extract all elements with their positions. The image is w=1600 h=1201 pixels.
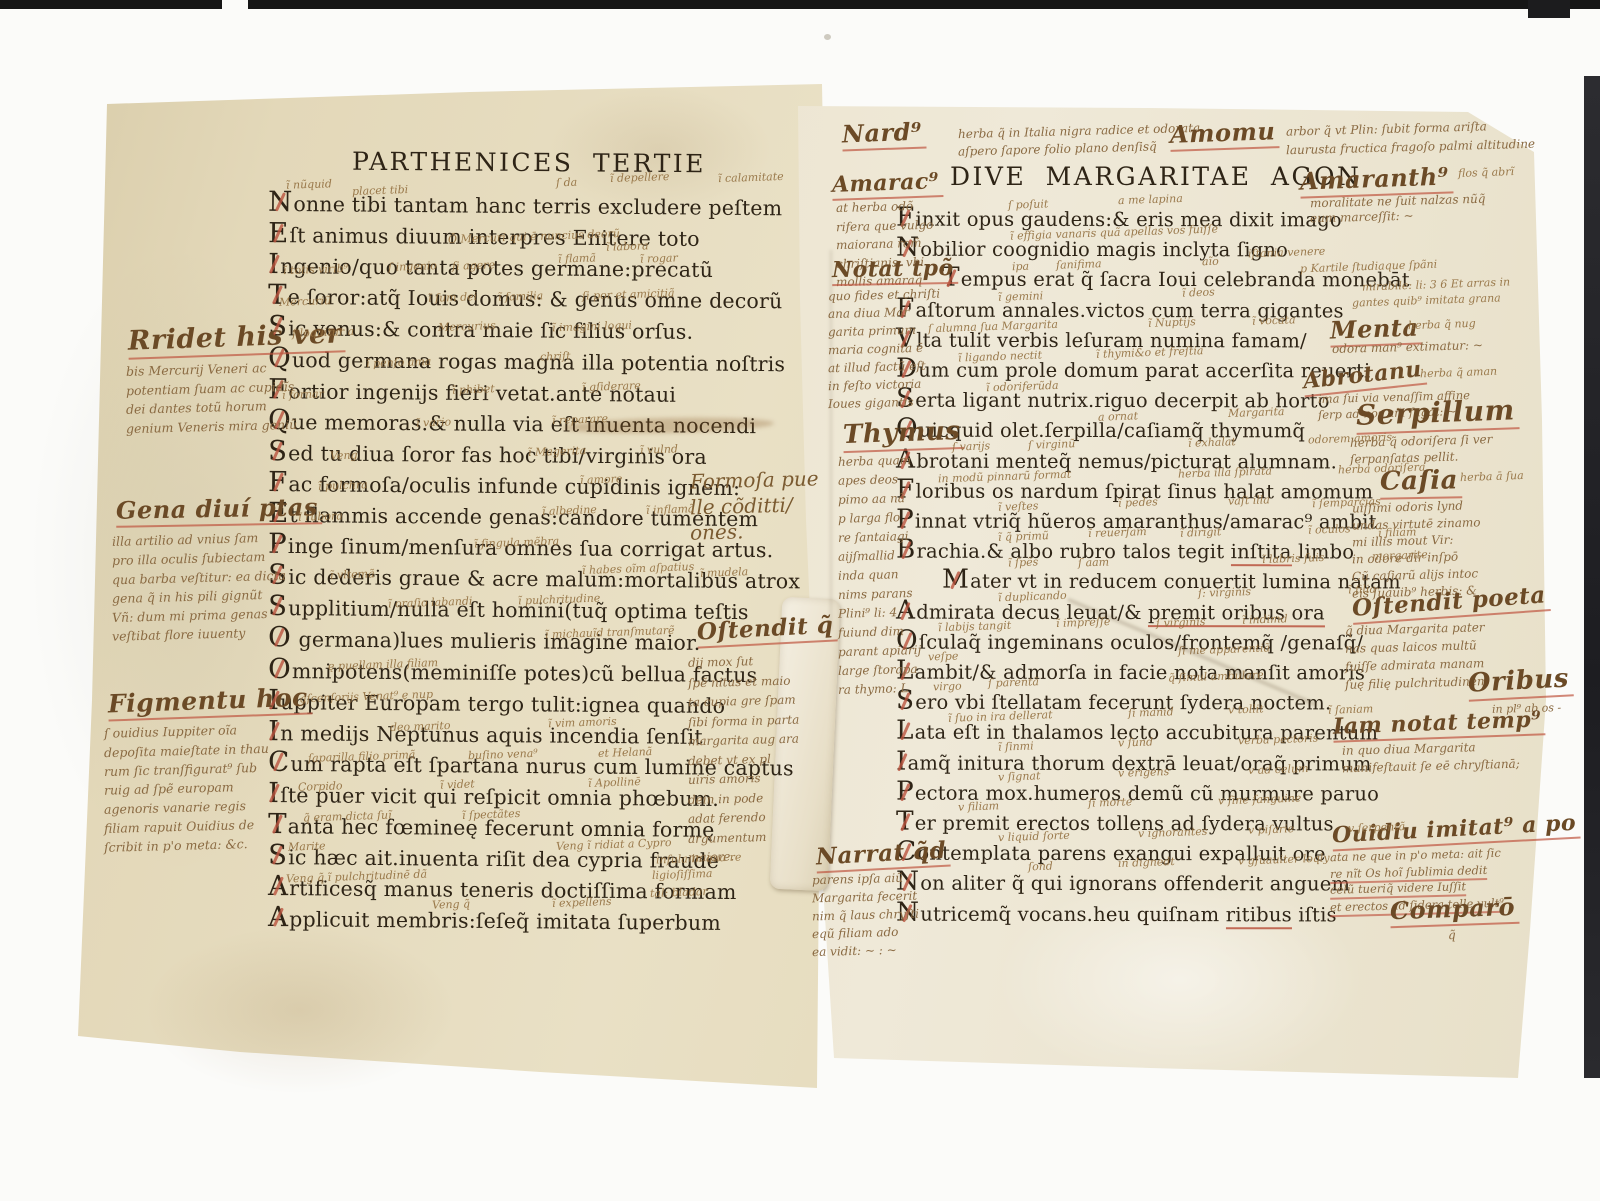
interlinear-gloss: ĩ albedine — [542, 503, 597, 518]
rubricated-initial: O — [268, 658, 291, 678]
margin-note-line: Ioues gigantis — [828, 395, 914, 411]
margin-note-header: Amomu — [1169, 116, 1279, 152]
rubricated-initial: S — [268, 845, 287, 865]
rubricated-initial: I — [268, 783, 279, 803]
interlinear-gloss: ĩ duplicando — [998, 589, 1067, 604]
margin-note-line: p larga flo — [838, 510, 900, 526]
verse-line: Nonne tibi tantam hanc terris excludere … — [268, 192, 783, 220]
margin-note-header: Gena diuí ptas — [116, 492, 322, 528]
margin-note-header: Serpillum — [1355, 393, 1519, 435]
interlinear-gloss: ĩ indimd — [1242, 612, 1288, 627]
interlinear-gloss: ĩ labijs tangit — [938, 619, 1012, 635]
scanner-edge-gap — [222, 0, 248, 9]
margin-note-line: apes deos — [838, 472, 898, 488]
verse-line: Applicuit membris:ſeſeq̃ imitata ſuperbu… — [268, 907, 721, 935]
margin-note-header: Oribus — [1467, 663, 1574, 701]
incunable-spread-scan: PARTHENICES TERTIE DIVE MARGARITAE AGON … — [0, 0, 1600, 1201]
interlinear-gloss: ĩ Apollinē — [588, 775, 641, 790]
margin-note-header: Notat tpõ — [832, 255, 958, 286]
interlinear-gloss: deo marito — [390, 719, 451, 734]
margin-note-line: Margarita fecerit — [812, 889, 917, 906]
interlinear-gloss: ĩ gemini — [998, 289, 1044, 304]
margin-note-line: large ſtorapa — [838, 662, 918, 678]
rubricated-initial: S — [268, 441, 287, 461]
margin-note-header: Comparō — [1389, 892, 1519, 928]
margin-note-line: ea vidit: ~ : ~ — [812, 943, 897, 959]
interlinear-gloss: ſ loquitur a — [292, 325, 355, 340]
verse-line: In medijs Neptunus aquis incendia ſenſit — [268, 721, 703, 749]
interlinear-gloss: ĩ Magerita — [528, 444, 587, 459]
margin-note-line: quo fides et chriſti — [828, 287, 940, 304]
margin-note-line: pimo aa nã — [838, 491, 905, 507]
margin-note-line: aijſmallid — [838, 548, 895, 563]
interlinear-gloss: ĩ ſum dei — [428, 290, 478, 305]
interlinear-gloss: ĩ impreſſe — [1056, 615, 1111, 630]
rubricated-initial: A — [268, 907, 288, 927]
margin-note-line: parant apiarij — [838, 643, 922, 659]
interlinear-gloss: v filiam — [958, 799, 1000, 813]
rubricated-initial: E — [268, 223, 289, 243]
interlinear-gloss: ligioſiſſima — [652, 867, 713, 882]
interlinear-gloss: ĩ vltemã — [330, 567, 375, 582]
interlinear-gloss: placet tibi — [352, 183, 409, 198]
margin-note-line: eum marceſſit: ~ — [1310, 209, 1414, 226]
rubricated-initial: M — [942, 571, 969, 590]
verse-line: Nutricemq̃ vocans.heu quiſnam ritibus iſ… — [896, 902, 1337, 926]
rubricated-initial: I — [896, 752, 907, 771]
interlinear-gloss: ſ parentã — [988, 675, 1039, 690]
verse-line: Supplitium/nulla eſt homini(tuq̃ optima … — [268, 596, 749, 624]
margin-note-line: rifera que vulgo — [836, 217, 934, 234]
interlinear-gloss: chriſt — [540, 349, 571, 363]
rubricated-initial: C — [268, 752, 290, 772]
interlinear-gloss: Marite — [288, 839, 326, 853]
interlinear-gloss: vaſt illa — [1228, 493, 1270, 507]
margin-note-header: Nard⁹ — [841, 117, 926, 152]
margin-note-line: dij mox ſut — [688, 654, 754, 670]
margin-note-line: adat ferendo — [688, 810, 766, 826]
interlinear-gloss: ĩ pulchra — [318, 478, 368, 493]
interlinear-gloss: Veng — [330, 449, 358, 463]
interlinear-gloss: a me lapina — [1118, 192, 1183, 207]
rubricated-initial: O — [268, 628, 291, 648]
interlinear-gloss: ſanifima — [1056, 257, 1102, 272]
interlinear-gloss: ĩ rogar — [640, 251, 678, 265]
interlinear-gloss: v tollit — [1228, 702, 1264, 716]
interlinear-gloss: ĩ veſtes — [998, 499, 1039, 513]
margin-note-line: nim q̃ laus chryſti — [812, 907, 919, 924]
margin-note-line: maria cognita ē — [828, 341, 924, 357]
rubricated-initial: P — [896, 782, 914, 801]
rubricated-initial: S — [268, 596, 287, 616]
interlinear-gloss: ĩ totis virib⁹ — [283, 262, 349, 277]
rubricated-initial: T — [268, 814, 287, 834]
interlinear-gloss: aĩo — [1202, 255, 1219, 269]
interlinear-gloss: ſ poſuit — [1008, 197, 1049, 211]
margin-note-line: ana diua Mar — [828, 305, 910, 321]
interlinear-gloss: ſ da — [556, 176, 578, 190]
interlinear-gloss: ĩ videt — [440, 777, 475, 791]
interlinear-gloss: ĩ dirigit — [1180, 525, 1222, 539]
interlinear-gloss: ĩ exhalat — [1188, 435, 1236, 450]
interlinear-gloss: v piſarie — [1248, 822, 1295, 837]
margin-note-line: ones. — [690, 519, 744, 544]
margin-note-line: nims parans — [838, 586, 913, 602]
interlinear-gloss: morgarite — [1372, 548, 1428, 563]
margin-note-line: Plini⁹ li: 4 — [838, 605, 897, 621]
rubricated-initial: N — [268, 192, 293, 212]
interlinear-gloss: ĩ filia — [1348, 583, 1376, 597]
interlinear-gloss: ſ aam — [1078, 555, 1110, 569]
interlinear-gloss: ĩ rubora — [298, 509, 343, 524]
interlinear-gloss: ĩ deos — [1182, 285, 1215, 299]
interlinear-gloss: ĩ vulnd — [640, 442, 678, 456]
margin-note-line: re ſantaiagi — [838, 529, 909, 545]
interlinear-gloss: ĩ inflamã — [646, 502, 695, 517]
rubricated-initial: L — [896, 722, 914, 741]
interlinear-gloss: ſ varijs — [952, 439, 991, 453]
interlinear-gloss: ĩ labris ſuis — [1262, 551, 1325, 566]
interlinear-gloss: ſi agere — [452, 258, 495, 272]
interlinear-gloss: ĩ gſiderare — [582, 379, 641, 394]
scanner-corner-mark — [1528, 0, 1570, 18]
interlinear-gloss: ſond — [1028, 860, 1053, 874]
margin-note-line: argumentum — [688, 829, 767, 845]
interlinear-gloss: ĩ amore — [580, 472, 623, 486]
interlinear-gloss: Corpido — [298, 779, 343, 794]
interlinear-gloss: v ſund — [1118, 735, 1153, 749]
gutter-crease — [830, 250, 832, 630]
rubricated-initial: A — [896, 601, 915, 620]
interlinear-gloss: herba q̃ nug — [1408, 317, 1476, 332]
margin-note-line: Formoſa pue — [690, 466, 819, 493]
interlinear-gloss: herba q̃ aman — [1420, 365, 1498, 381]
interlinear-gloss: ĩ fornar — [282, 387, 324, 401]
interlinear-gloss: ipa — [1012, 260, 1030, 274]
interlinear-gloss: ĩ ſpectãtes — [462, 807, 521, 822]
margin-note-line: ſpẽ nitus et maio — [688, 673, 791, 690]
interlinear-gloss: in dignedt — [1118, 855, 1175, 870]
interlinear-gloss: ĩ depellere — [610, 170, 670, 185]
interlinear-gloss: a ornat — [1098, 409, 1138, 423]
interlinear-gloss: ĩ ſaniam — [1328, 702, 1374, 717]
margin-note-line: margarita aug ara — [688, 732, 799, 749]
rubric-underlined-phrase: ritibus — [1226, 903, 1292, 929]
margin-note-line: herba quam — [838, 453, 912, 469]
rubricated-initial: I — [268, 721, 279, 741]
interlinear-gloss: Mercurius — [438, 319, 496, 334]
interlinear-gloss: ĩ ſemparcias — [1312, 495, 1381, 510]
verse-line: Non aliter q̃ qui ignorans offenderit an… — [896, 872, 1350, 896]
dust-speck — [824, 34, 831, 40]
margin-note-line: at illud factũ eſt — [828, 359, 926, 376]
margin-note-line: ſibi forma in parta — [688, 712, 800, 729]
interlinear-gloss: Margarita — [1228, 405, 1285, 420]
verse-line: Lambit/& admorſa in facie nota manſit am… — [896, 661, 1365, 685]
rubricated-initial: T — [896, 813, 914, 832]
interlinear-gloss: v liquid ſorte — [998, 829, 1070, 844]
interlinear-gloss: ĩ phibet — [452, 382, 495, 396]
margin-note-line: fuiund dim — [838, 624, 904, 640]
interlinear-gloss: ĩ oculos — [1308, 522, 1351, 536]
interlinear-gloss: ſ ingenio — [388, 259, 437, 274]
margin-note-line: dein in pode — [688, 791, 764, 807]
interlinear-gloss: ĩ vocata — [1252, 313, 1296, 328]
margin-note-line: ta cupia gre ſpam — [688, 693, 796, 710]
interlinear-gloss: buſino vena⁹ — [468, 747, 538, 762]
margin-note-line: q̃ — [1448, 928, 1456, 942]
interlinear-gloss: ĩ expellens — [552, 895, 612, 910]
interlinear-gloss: ĩ calamitate — [718, 170, 784, 185]
interlinear-gloss: v ad celum — [1248, 762, 1309, 777]
margin-note-line: debet vt ex pl — [688, 751, 771, 767]
margin-note-line: uiris amoris — [688, 771, 761, 787]
interlinear-gloss: ſ virginũ — [1028, 437, 1076, 452]
interlinear-gloss: ĩ mudela — [700, 565, 749, 580]
interlinear-gloss: ĩ vario — [416, 415, 452, 429]
rubricated-initial: I — [268, 254, 279, 274]
margin-note-header: Amarac⁹ — [832, 168, 944, 201]
interlinear-gloss: virgo — [933, 680, 962, 694]
margin-note-header: Thymus — [842, 416, 964, 453]
interlinear-gloss: v erigens — [1118, 765, 1170, 780]
interlinear-gloss: ĩ flamã — [558, 251, 596, 265]
interlinear-gloss: ſ: virginis — [1198, 585, 1251, 600]
scanner-edge-right — [1584, 76, 1600, 1078]
interlinear-gloss: ſ virginis — [1156, 615, 1206, 630]
interlinear-gloss: Mercuriũ — [279, 294, 332, 309]
interlinear-gloss: ĩ nũquid — [286, 177, 332, 192]
interlinear-gloss: ĩ reuerſam — [1088, 525, 1147, 540]
interlinear-gloss: veſpe — [928, 649, 959, 663]
interlinear-gloss: ĩ filiam — [1378, 525, 1417, 539]
interlinear-gloss: verba pectoris — [1238, 732, 1319, 748]
interlinear-gloss: iſtania venere — [1248, 245, 1326, 261]
rubricated-initial: F — [268, 472, 288, 492]
margin-note-line: parens ipſa aiũ — [812, 871, 903, 887]
interlinear-gloss: ĩ odoriferũda — [986, 379, 1059, 395]
margin-note-line: in feſto victoria — [828, 377, 922, 393]
interlinear-gloss: v ſerpentã — [1348, 820, 1406, 835]
margin-note-line: garita primum — [828, 323, 916, 339]
interlinear-gloss: et Helanã — [598, 745, 653, 760]
interlinear-gloss: Veng q̃ — [432, 897, 471, 911]
interlinear-gloss: v ignorantes — [1138, 825, 1208, 840]
margin-note-line: lle cõditti/ — [690, 493, 793, 520]
interlinear-gloss: ſi morte — [1088, 795, 1133, 810]
interlinear-gloss: tal: bladar — [650, 885, 708, 900]
interlinear-gloss: ĩ q̃ primũ — [998, 529, 1049, 544]
interlinear-gloss: v ſignat — [998, 769, 1041, 783]
interlinear-gloss: ĩ vim amoris — [548, 715, 617, 730]
interlinear-gloss: ĩ penſo ama — [366, 355, 432, 370]
interlinear-gloss: ĩ Nuptijs — [1148, 315, 1196, 330]
interlinear-gloss: flos q̃ abrĩ — [1458, 165, 1514, 180]
interlinear-gloss: herba ā ſua — [1460, 469, 1524, 484]
rubricated-initial: B — [896, 541, 916, 560]
verse-line: Oſculaq̃ ingeminans oculos/frontemq̃ /ge… — [896, 630, 1363, 654]
margin-note-line: eqũ filiam ado — [812, 925, 899, 941]
margin-note-line: inda quan — [838, 567, 899, 583]
interlinear-gloss: ĩ ſinmi — [998, 739, 1034, 753]
interlinear-gloss: ſi manid — [1128, 705, 1174, 720]
interlinear-gloss: ĩ familia — [498, 289, 544, 304]
margin-note-line: ra thymo: L — [838, 681, 909, 697]
margin-note-line: at herba odõ — [836, 199, 913, 215]
rubricated-initial: P — [268, 534, 287, 554]
interlinear-gloss: ĩ pedes — [1118, 495, 1158, 509]
interlinear-gloss: ĩ imagini loqui — [552, 319, 632, 335]
margin-note-line: maiorana rom̃ — [836, 236, 922, 252]
interlinear-gloss: ĩ ſpẽs — [1008, 555, 1039, 569]
